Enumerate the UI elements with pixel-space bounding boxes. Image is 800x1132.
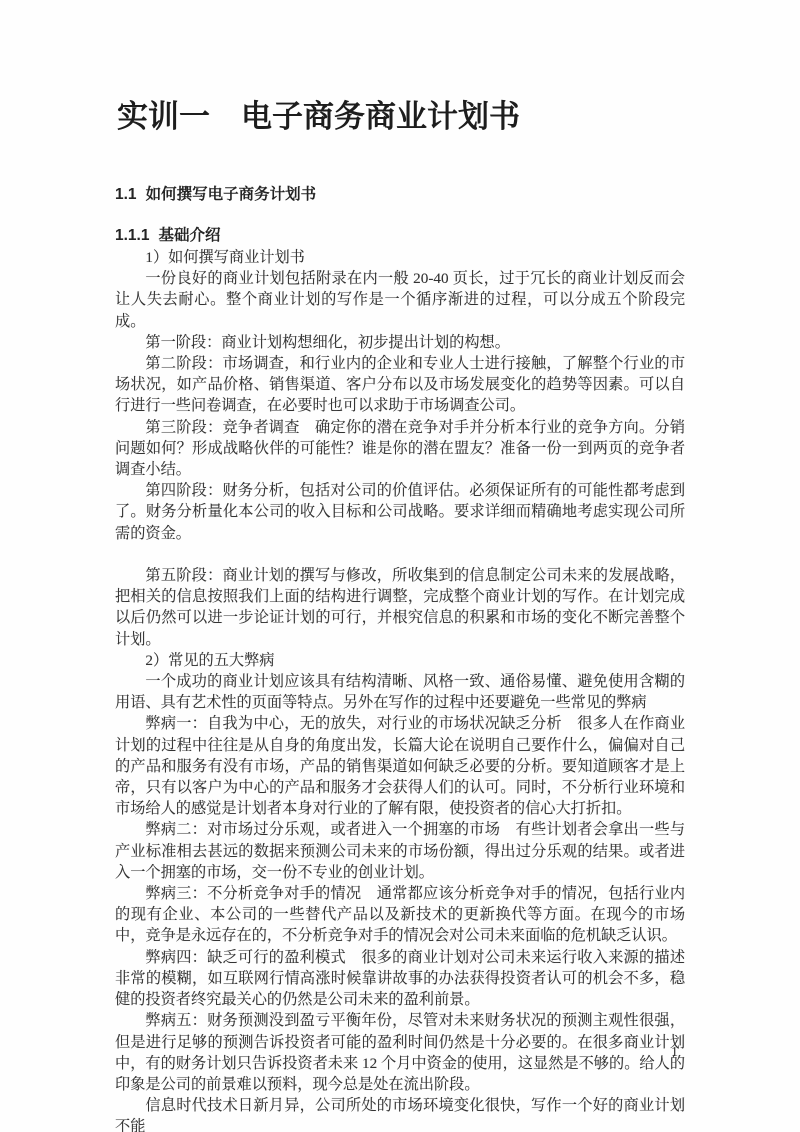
paragraph: 1）如何撰写商业计划书 (115, 247, 685, 268)
paragraph: 弊病四：缺乏可行的盈利模式 很多的商业计划对公司未来运行收入来源的描述非常的模糊… (115, 947, 685, 1011)
paragraph: 信息时代技术日新月异，公司所处的市场环境变化很快，写作一个好的商业计划不能 (115, 1095, 685, 1132)
page-title: 实训一电子商务商业计划书 (117, 97, 685, 137)
chapter-title-text: 电子商务商业计划书 (241, 99, 520, 134)
paragraph: 弊病一：自我为中心，无的放失，对行业的市场状况缺乏分析 很多人在作商业计划的过程… (115, 713, 685, 819)
body-paragraphs: 1）如何撰写商业计划书一份良好的商业计划包括附录在内一般 20-40 页长，过于… (115, 247, 685, 1132)
paragraph: 第四阶段：财务分析，包括对公司的价值评估。必须保证所有的可能性都考虑到了。财务分… (115, 480, 685, 544)
paragraph: 弊病五：财务预测没到盈亏平衡年份，尽管对未来财务状况的预测主观性很强，但是进行足… (115, 1010, 685, 1095)
document-page: 实训一电子商务商业计划书 1.1如何撰写电子商务计划书 1.1.1基础介绍 1）… (0, 0, 800, 1132)
paragraph: 第二阶段：市场调查，和行业内的企业和专业人士进行接触，了解整个行业的市场状况，如… (115, 353, 685, 417)
subsection-title-text: 基础介绍 (158, 227, 220, 244)
chapter-label: 实训一 (117, 99, 210, 134)
section-number: 1.1 (115, 186, 137, 203)
page-number: 1 (671, 1044, 678, 1062)
document-content: 实训一电子商务商业计划书 1.1如何撰写电子商务计划书 1.1.1基础介绍 1）… (115, 0, 685, 1132)
paragraph: 第一阶段：商业计划构想细化，初步提出计划的构想。 (115, 332, 685, 353)
section-heading: 1.1如何撰写电子商务计划书 (115, 186, 685, 203)
section-title-text: 如何撰写电子商务计划书 (146, 186, 317, 203)
paragraph: 弊病三：不分析竞争对手的情况 通常都应该分析竞争对手的情况，包括行业内的现有企业… (115, 883, 685, 947)
paragraph-spacer (115, 544, 685, 565)
paragraph: 弊病二：对市场过分乐观，或者进入一个拥塞的市场 有些计划者会拿出一些与产业标准相… (115, 819, 685, 883)
paragraph: 一个成功的商业计划应该具有结构清晰、风格一致、通俗易懂、避免使用含糊的用语、具有… (115, 671, 685, 713)
paragraph: 2）常见的五大弊病 (115, 650, 685, 671)
subsection-heading: 1.1.1基础介绍 (115, 227, 685, 244)
paragraph: 第五阶段：商业计划的撰写与修改，所收集到的信息制定公司未来的发展战略，把相关的信… (115, 565, 685, 650)
paragraph: 一份良好的商业计划包括附录在内一般 20-40 页长，过于冗长的商业计划反而会让… (115, 268, 685, 332)
subsection-number: 1.1.1 (115, 227, 149, 244)
paragraph: 第三阶段：竞争者调查 确定你的潜在竞争对手并分析本行业的竞争方向。分销问题如何？… (115, 417, 685, 481)
